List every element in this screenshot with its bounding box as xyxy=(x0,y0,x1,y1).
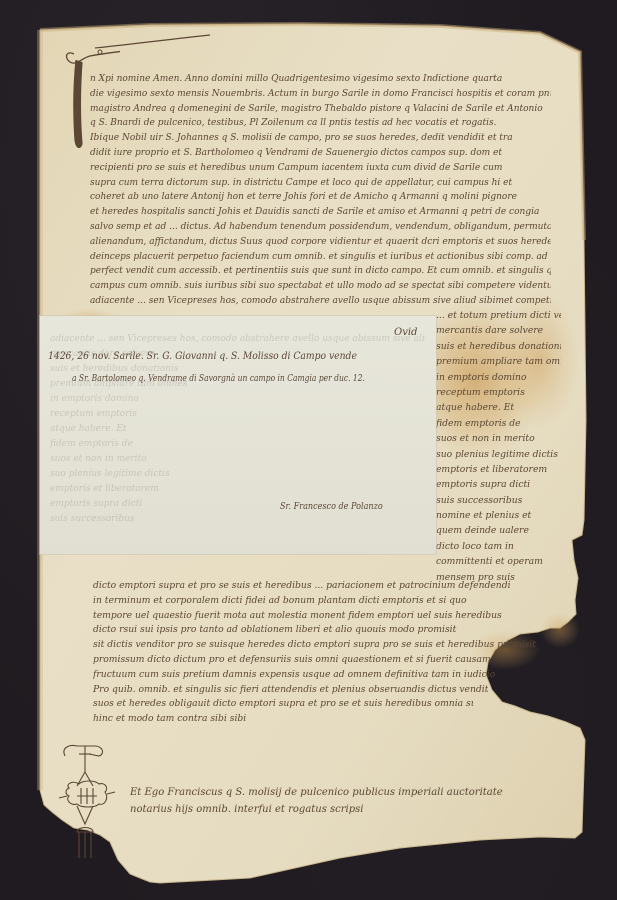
deed-line: emptoris supra dicti xyxy=(436,479,561,494)
deed-line: fidem emptoris de xyxy=(436,418,561,433)
deed-line: suo plenius legitime dictis xyxy=(436,449,561,464)
deed-line: campus cum omnib. suis iuribus sibi suo … xyxy=(90,280,551,295)
deed-line: deinceps placuerit perpetuo faciendum cu… xyxy=(90,251,551,266)
deed-line: dicto rsui sui ipsis pro tanto ad oblati… xyxy=(93,624,563,639)
note-top-label: Ovid xyxy=(394,327,417,338)
note-line-1: 1426, 26 nov. Sarile. Sr. G. Giovanni q.… xyxy=(48,351,357,362)
deed-line: didit iure proprio et S. Bartholomeo q V… xyxy=(90,147,551,162)
deed-line: emptoris et liberatorem xyxy=(436,464,561,479)
deed-line: Ibique Nobil uir S. Johannes q S. molisi… xyxy=(90,132,551,147)
deed-line: atque habere. Et xyxy=(436,402,561,417)
deed-line: alienandum, affictandum, dictus Suus quo… xyxy=(90,236,551,251)
note-line-2: a Sr. Bartolomeo q. Vendrame di Savorgnà… xyxy=(72,374,365,384)
lower-deed-text: dicto emptori supra et pro se suis et he… xyxy=(93,580,563,728)
right-column-text: ... et totum pretium dicti venditoris me… xyxy=(436,310,561,587)
deed-line: adiacente ... sen Vicepreses hos, comodo… xyxy=(90,295,551,310)
deed-line: die vigesimo sexto mensis Nouembris. Act… xyxy=(90,88,551,103)
notarial-signum-icon xyxy=(55,742,125,862)
initial-flourish-icon xyxy=(95,33,215,53)
deed-line: sit dictis venditor pro se suisque hered… xyxy=(93,639,563,654)
archival-note-slip: adiacente ... sen Vicepreses hos, comodo… xyxy=(40,316,436,554)
deed-line: perfect vendit cum accessib. et pertinen… xyxy=(90,265,551,280)
main-deed-text: n Xpi nomine Amen. Anno domini millo Qua… xyxy=(90,73,560,310)
deed-line: fructuum cum suis pretium damnis expensi… xyxy=(93,669,563,684)
deed-line: promissum dicto dictum pro et defensurii… xyxy=(93,654,563,669)
deed-line: in terminum et corporalem dicti fidei ad… xyxy=(93,595,563,610)
deed-line: suos et heredes obligauit dicto emptori … xyxy=(93,698,473,713)
deed-line: mercantis dare solvere xyxy=(436,325,561,340)
deed-line: suos et non in merito xyxy=(436,433,561,448)
deed-line: in emptoris domino xyxy=(436,372,561,387)
deed-line: coheret ab uno latere Antonij hon et ter… xyxy=(90,191,551,206)
deed-line: nomine et plenius et xyxy=(436,510,561,525)
deed-line: suis et heredibus donationis xyxy=(436,341,561,356)
deed-line: Pro quib. omnib. et singulis sic fieri a… xyxy=(93,684,488,699)
deed-line: magistro Andrea q domenegini de Sarile, … xyxy=(90,103,551,118)
deed-line: n Xpi nomine Amen. Anno domini millo Qua… xyxy=(90,73,551,88)
deed-line: suis successoribus xyxy=(436,495,561,510)
deed-line: tempore uel quaestio fuerit mota aut mol… xyxy=(93,610,563,625)
deed-line: receptum emptoris xyxy=(436,387,561,402)
deed-line: q S. Bnardi de pulcenico, testibus, Pl Z… xyxy=(90,117,551,132)
notary-subscription: Et Ego Franciscus q S. molisij de pulcen… xyxy=(130,787,550,821)
deed-line: salvo semp et ad ... dictus. Ad habendum… xyxy=(90,221,551,236)
deed-line: et heredes hospitalis sancti Johis et Da… xyxy=(90,206,551,221)
deed-line: dicto emptori supra et pro se suis et he… xyxy=(93,580,563,595)
subscription-line: Et Ego Franciscus q S. molisij de pulcen… xyxy=(130,787,550,804)
deed-line: ... et totum pretium dicti venditoris xyxy=(436,310,561,325)
note-signature: Sr. Francesco de Polanzo xyxy=(280,501,383,512)
deed-line: hinc et modo tam contra sibi sibi xyxy=(93,713,563,728)
deed-line: dicto loco tam in xyxy=(436,541,561,556)
deed-line: recipienti pro se suis et heredibus unum… xyxy=(90,162,551,177)
deed-line: supra cum terra dictorum sup. in distric… xyxy=(90,177,551,192)
deed-line: quem deinde ualere xyxy=(436,525,561,540)
subscription-line: notarius hijs omnib. interfui et rogatus… xyxy=(130,804,550,821)
deed-line: premium ampliare tam omnes xyxy=(436,356,561,371)
deed-line: committenti et operam xyxy=(436,556,561,571)
